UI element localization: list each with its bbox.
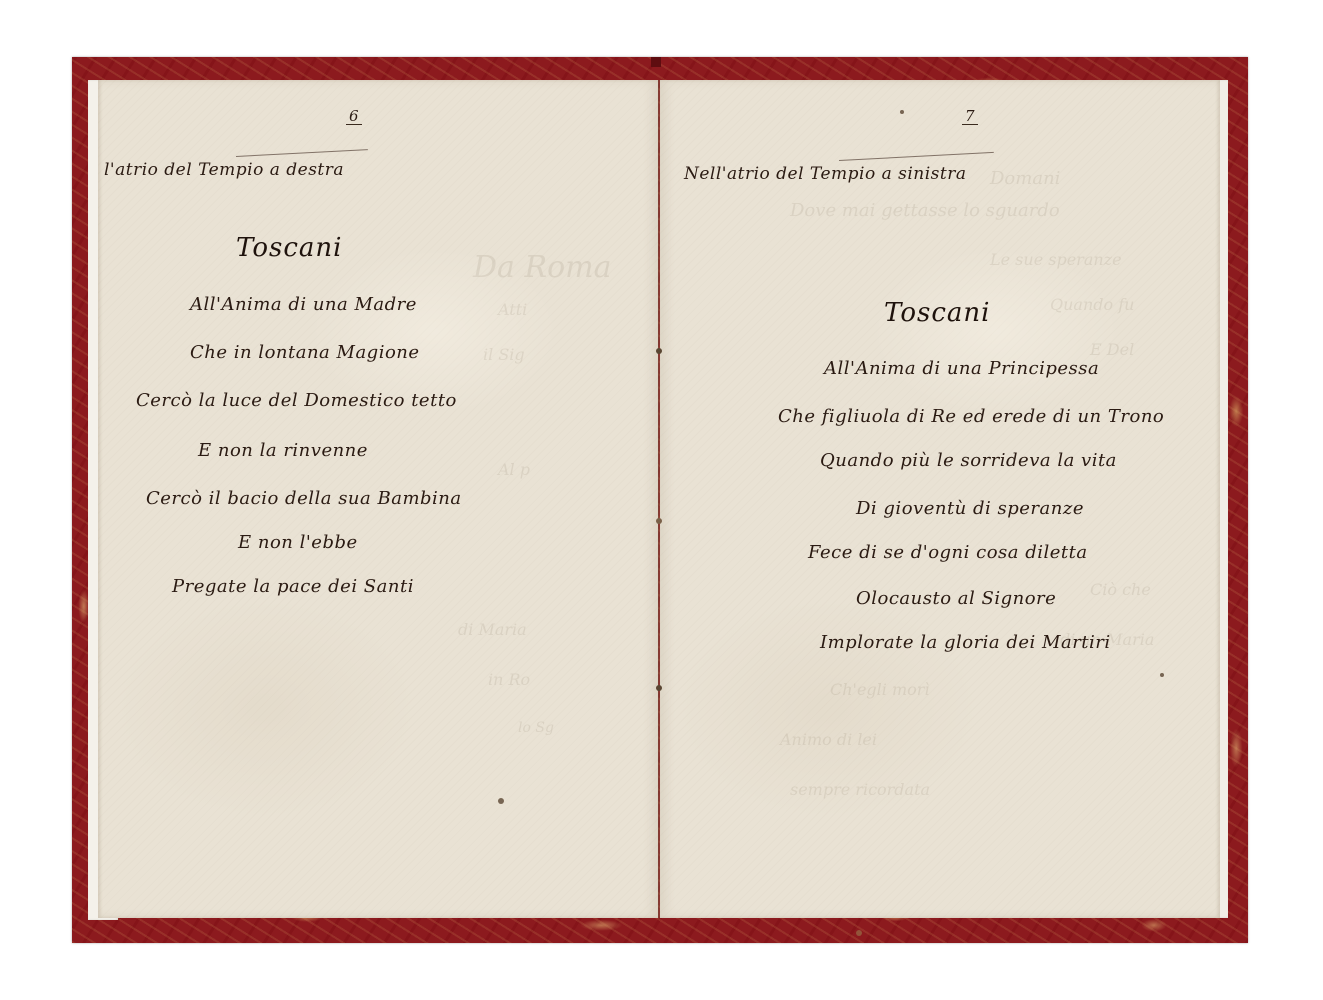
bleed-through-text: Ch'egli morì	[830, 680, 930, 699]
page-heading: l'atrio del Tempio a destra	[104, 160, 344, 180]
verse-line: E non l'ebbe	[238, 532, 358, 553]
ink-spot	[856, 930, 862, 936]
bleed-through-text: Ciò che	[1090, 580, 1151, 599]
bleed-through-text: in Ro	[488, 670, 530, 689]
bleed-through-text: Da Roma	[473, 250, 611, 285]
bleed-through-text: Animo di lei	[780, 730, 877, 749]
verse-line: E non la rinvenne	[198, 440, 368, 461]
verse-line: Fece di se d'ogni cosa diletta	[808, 542, 1088, 563]
verse-line: Cercò il bacio della sua Bambina	[146, 488, 462, 509]
verse-line: Che figliuola di Re ed erede di un Trono	[778, 406, 1164, 427]
verse-line: Olocausto al Signore	[856, 588, 1056, 609]
verse-line: Pregate la pace dei Santi	[172, 576, 414, 597]
verse-line: All'Anima di una Principessa	[824, 358, 1099, 379]
ink-spot	[498, 798, 504, 804]
bleed-through-text: di Maria	[458, 620, 527, 639]
ink-spot	[900, 110, 904, 114]
bleed-through-text: sempre ricordata	[790, 780, 930, 799]
binding-stitch	[656, 518, 662, 524]
inscription-title: Toscani	[236, 233, 342, 263]
bleed-through-text: Dove mai gettasse lo sguardo	[790, 200, 1060, 221]
inscription-title: Toscani	[884, 298, 990, 328]
bleed-through-text: Quando fu	[1050, 295, 1134, 314]
cover-spine	[651, 57, 661, 67]
binding-stitch	[656, 685, 662, 691]
verse-line: All'Anima di una Madre	[190, 294, 417, 315]
right-page: Domani Dove mai gettasse lo sguardo Le s…	[660, 80, 1220, 918]
bleed-through-text: Atti	[498, 300, 527, 319]
page-number: 6	[346, 108, 362, 125]
book-gutter	[658, 80, 660, 918]
left-page: Da Roma Atti il Sig Al p di Maria in Ro …	[98, 80, 658, 918]
binding-stitch	[656, 348, 662, 354]
bleed-through-text: lo Sg	[518, 720, 554, 736]
bleed-through-text: Le sue speranze	[990, 250, 1122, 269]
bleed-through-text: Al p	[498, 460, 530, 479]
verse-line: Cercò la luce del Domestico tetto	[136, 390, 457, 411]
page-heading: Nell'atrio del Tempio a sinistra	[684, 164, 967, 184]
ink-spot	[1160, 673, 1164, 677]
verse-line: Che in lontana Magione	[190, 342, 420, 363]
bleed-through-text: il Sig	[483, 345, 525, 364]
verse-line: Quando più le sorrideva la vita	[820, 450, 1117, 471]
page-number: 7	[962, 108, 978, 125]
bleed-through-text: Domani	[990, 168, 1060, 189]
verse-line: Di gioventù di speranze	[856, 498, 1084, 519]
verse-line: Implorate la gloria dei Martiri	[820, 632, 1111, 653]
bleed-through-text: E Del	[1090, 340, 1134, 359]
